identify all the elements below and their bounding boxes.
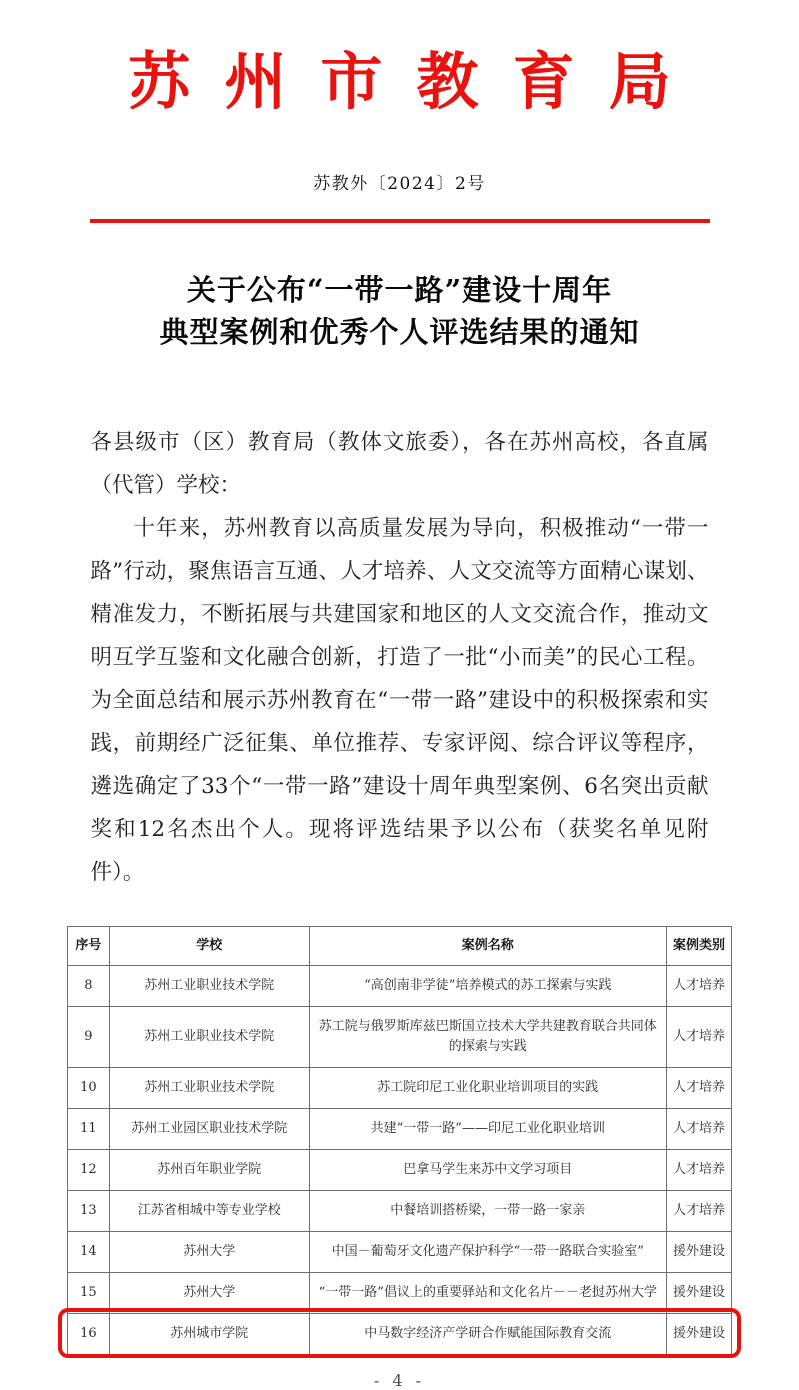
cell-case: 苏工院与俄罗斯库兹巴斯国立技术大学共建教育联合共同体的探索与实践 bbox=[309, 1006, 666, 1067]
results-table-body: 8 苏州工业职业技术学院 “高创南非学徒”培养模式的苏工探索与实践 人才培养 9… bbox=[68, 965, 732, 1354]
cell-category: 人才培养 bbox=[666, 1006, 731, 1067]
cell-category: 人才培养 bbox=[666, 1149, 731, 1190]
cell-school: 苏州工业职业技术学院 bbox=[109, 1067, 309, 1108]
table-row: 11 苏州工业园区职业技术学院 共建“一带一路”——印尼工业化职业培训 人才培养 bbox=[68, 1108, 732, 1149]
notice-title-line-2: 典型案例和优秀个人评选结果的通知 bbox=[0, 311, 799, 353]
cell-school: 苏州工业职业技术学院 bbox=[109, 1006, 309, 1067]
cell-index: 10 bbox=[68, 1067, 110, 1108]
cell-case: 苏工院印尼工业化职业培训项目的实践 bbox=[309, 1067, 666, 1108]
document-reference-number: 苏教外〔2024〕2号 bbox=[0, 172, 799, 196]
cell-index: 13 bbox=[68, 1190, 110, 1231]
cell-school: 苏州大学 bbox=[109, 1272, 309, 1313]
cell-school: 苏州百年职业学院 bbox=[109, 1149, 309, 1190]
issuing-authority-title: 苏州市教育局 bbox=[0, 46, 799, 118]
cell-school: 苏州工业职业技术学院 bbox=[109, 965, 309, 1006]
cell-index: 16 bbox=[68, 1313, 110, 1354]
notice-title: 关于公布“一带一路”建设十周年 典型案例和优秀个人评选结果的通知 bbox=[0, 269, 799, 353]
cell-category: 援外建设 bbox=[666, 1272, 731, 1313]
table-wrapper: 序号 学校 案例名称 案例类别 8 苏州工业职业技术学院 “高创南非学徒”培养模… bbox=[67, 926, 732, 1355]
cell-category: 人才培养 bbox=[666, 1190, 731, 1231]
table-row: 16 苏州城市学院 中马数字经济产学研合作赋能国际教育交流 援外建设 bbox=[68, 1313, 732, 1354]
cell-case: 中餐培训搭桥梁，一带一路一家亲 bbox=[309, 1190, 666, 1231]
cell-case: 巴拿马学生来苏中文学习项目 bbox=[309, 1149, 666, 1190]
table-row: 15 苏州大学 “一带一路”倡议上的重要驿站和文化名片－－老挝苏州大学 援外建设 bbox=[68, 1272, 732, 1313]
cell-school: 苏州城市学院 bbox=[109, 1313, 309, 1354]
letterhead-divider-line bbox=[90, 219, 710, 223]
cell-index: 15 bbox=[68, 1272, 110, 1313]
cell-category: 援外建设 bbox=[666, 1231, 731, 1272]
notice-title-line-1: 关于公布“一带一路”建设十周年 bbox=[0, 269, 799, 311]
cell-school: 江苏省相城中等专业学校 bbox=[109, 1190, 309, 1231]
salutation-paragraph: 各县级市（区）教育局（教体文旅委），各在苏州高校，各直属（代管）学校： bbox=[91, 421, 709, 507]
table-row: 13 江苏省相城中等专业学校 中餐培训搭桥梁，一带一路一家亲 人才培养 bbox=[68, 1190, 732, 1231]
cell-case: 共建“一带一路”——印尼工业化职业培训 bbox=[309, 1108, 666, 1149]
cell-case: “一带一路”倡议上的重要驿站和文化名片－－老挝苏州大学 bbox=[309, 1272, 666, 1313]
cell-school: 苏州大学 bbox=[109, 1231, 309, 1272]
cell-index: 12 bbox=[68, 1149, 110, 1190]
cell-case: 中马数字经济产学研合作赋能国际教育交流 bbox=[309, 1313, 666, 1354]
column-header-case: 案例名称 bbox=[309, 926, 666, 965]
table-header-row: 序号 学校 案例名称 案例类别 bbox=[68, 926, 732, 965]
page-number: - 4 - bbox=[0, 1371, 799, 1390]
table-row: 14 苏州大学 中国－葡萄牙文化遗产保护科学“一带一路联合实验室” 援外建设 bbox=[68, 1231, 732, 1272]
table-row: 9 苏州工业职业技术学院 苏工院与俄罗斯库兹巴斯国立技术大学共建教育联合共同体的… bbox=[68, 1006, 732, 1067]
cell-index: 11 bbox=[68, 1108, 110, 1149]
table-row: 8 苏州工业职业技术学院 “高创南非学徒”培养模式的苏工探索与实践 人才培养 bbox=[68, 965, 732, 1006]
cell-category: 人才培养 bbox=[666, 1067, 731, 1108]
body-paragraph: 十年来，苏州教育以高质量发展为导向，积极推动“一带一路”行动，聚焦语言互通、人才… bbox=[91, 507, 709, 894]
table-row: 10 苏州工业职业技术学院 苏工院印尼工业化职业培训项目的实践 人才培养 bbox=[68, 1067, 732, 1108]
results-table: 序号 学校 案例名称 案例类别 8 苏州工业职业技术学院 “高创南非学徒”培养模… bbox=[67, 926, 732, 1355]
table-row: 12 苏州百年职业学院 巴拿马学生来苏中文学习项目 人才培养 bbox=[68, 1149, 732, 1190]
column-header-category: 案例类别 bbox=[666, 926, 731, 965]
cell-index: 14 bbox=[68, 1231, 110, 1272]
column-header-school: 学校 bbox=[109, 926, 309, 965]
notice-body: 各县级市（区）教育局（教体文旅委），各在苏州高校，各直属（代管）学校： 十年来，… bbox=[91, 421, 709, 894]
cell-category: 人才培养 bbox=[666, 1108, 731, 1149]
cell-category: 援外建设 bbox=[666, 1313, 731, 1354]
cell-case: “高创南非学徒”培养模式的苏工探索与实践 bbox=[309, 965, 666, 1006]
column-header-index: 序号 bbox=[68, 926, 110, 965]
cell-index: 9 bbox=[68, 1006, 110, 1067]
cell-index: 8 bbox=[68, 965, 110, 1006]
cell-school: 苏州工业园区职业技术学院 bbox=[109, 1108, 309, 1149]
cell-category: 人才培养 bbox=[666, 965, 731, 1006]
cell-case: 中国－葡萄牙文化遗产保护科学“一带一路联合实验室” bbox=[309, 1231, 666, 1272]
document-page: 苏州市教育局 苏教外〔2024〕2号 关于公布“一带一路”建设十周年 典型案例和… bbox=[0, 0, 799, 1390]
